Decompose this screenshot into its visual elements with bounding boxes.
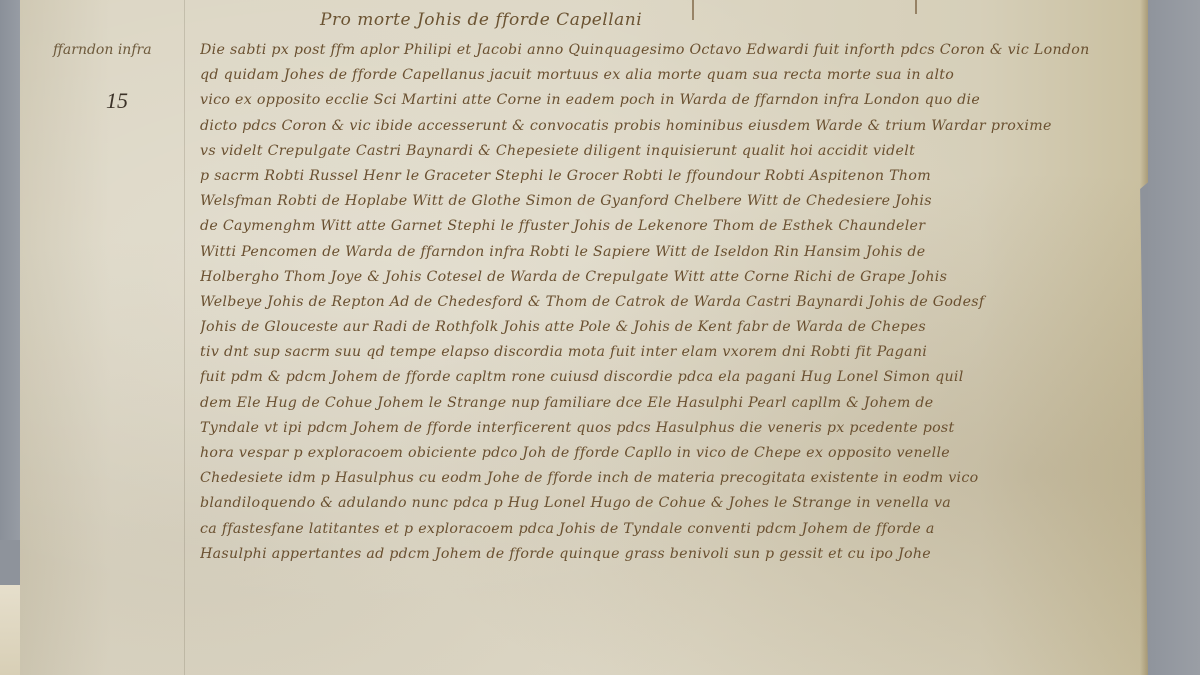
text-line: blandiloquendo & adulando nunc pdca p Hu… — [200, 491, 1155, 516]
text-line: de Caymenghm Witt atte Garnet Stephi le … — [200, 214, 1155, 239]
background-right — [1148, 0, 1200, 675]
text-line: vs videlt Crepulgate Castri Baynardi & C… — [200, 139, 1155, 164]
text-line: dicto pdcs Coron & vic ibide accesserunt… — [200, 114, 1155, 139]
text-line: fuit pdm & pdcm Johem de fforde capltm r… — [200, 365, 1155, 390]
margin-ward-note: ffarndon infra — [53, 42, 152, 58]
text-line: hora vespar p exploracoem obiciente pdco… — [200, 441, 1155, 466]
text-line: Holbergho Thom Joye & Johis Cotesel de W… — [200, 265, 1155, 290]
text-line: Hasulphi appertantes ad pdcm Johem de ff… — [200, 542, 1155, 567]
manuscript-body: Die sabti px post ffm aplor Philipi et J… — [200, 38, 1155, 567]
text-line: Welsfman Robti de Hoplabe Witt de Glothe… — [200, 189, 1155, 214]
text-line: Witti Pencomen de Warda de ffarndon infr… — [200, 240, 1155, 265]
manuscript-parchment: Pro morte Johis de fforde Capellani ffar… — [20, 0, 1148, 675]
margin-ruling — [184, 0, 185, 675]
text-line: ca ffastesfane latitantes et p exploraco… — [200, 517, 1155, 542]
text-line: Die sabti px post ffm aplor Philipi et J… — [200, 38, 1155, 63]
text-line: Welbeye Johis de Repton Ad de Chedesford… — [200, 290, 1155, 315]
text-line: Chedesiete idm p Hasulphus cu eodm Johe … — [200, 466, 1155, 491]
text-line: p sacrm Robti Russel Henr le Graceter St… — [200, 164, 1155, 189]
text-line: dem Ele Hug de Cohue Johem le Strange nu… — [200, 391, 1155, 416]
ink-stroke — [692, 0, 694, 20]
text-line: tiv dnt sup sacrm suu qd tempe elapso di… — [200, 340, 1155, 365]
text-line: Tyndale vt ipi pdcm Johem de fforde inte… — [200, 416, 1155, 441]
entry-heading: Pro morte Johis de fforde Capellani — [320, 10, 642, 30]
folio-number: 15 — [106, 88, 128, 114]
ink-stroke — [915, 0, 917, 14]
text-line: Johis de Glouceste aur Radi de Rothfolk … — [200, 315, 1155, 340]
text-line: qd quidam Johes de fforde Capellanus jac… — [200, 63, 1155, 88]
text-line: vico ex opposito ecclie Sci Martini atte… — [200, 88, 1155, 113]
background-left — [0, 0, 20, 540]
